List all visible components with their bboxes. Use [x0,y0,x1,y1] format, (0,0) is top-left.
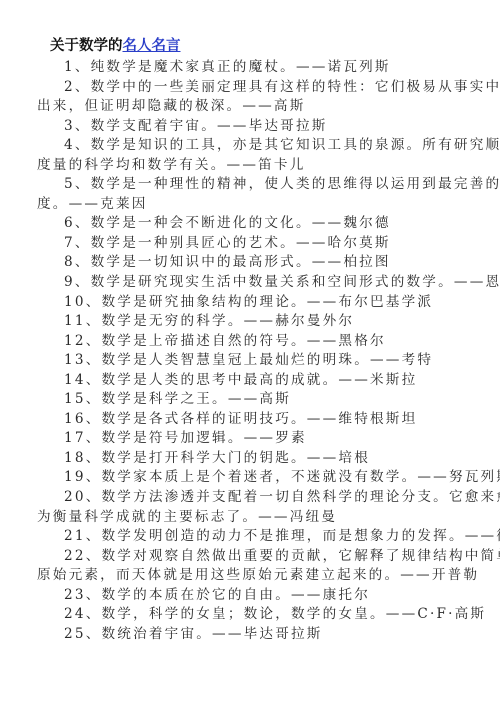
quote-item: 16、数学是各式各样的证明技巧。——维特根斯坦 [37,410,477,430]
quote-item: 25、数统治着宇宙。——毕达哥拉斯 [37,625,477,645]
quote-item: 12、数学是上帝描述自然的符号。——黑格尔 [37,332,477,352]
quote-item: 13、数学是人类智慧皇冠上最灿烂的明珠。——考特 [37,351,477,371]
quote-item: 21、数学发明创造的动力不是推理，而是想象力的发挥。——德摩 [37,527,477,547]
quote-item-continuation: 度量的科学均和数学有关。——笛卡儿 [37,156,477,176]
quote-item: 6、数学是一种会不断进化的文化。——魏尔德 [37,214,477,234]
title-prefix: 关于数学的 [50,37,123,54]
quote-item: 22、数学对观察自然做出重要的贡献，它解释了规律结构中简单的 [37,547,477,567]
quote-item: 17、数学是符号加逻辑。——罗素 [37,429,477,449]
quote-item: 19、数学家本质上是个着迷者，不迷就没有数学。——努瓦列斯 [37,468,477,488]
quote-item: 3、数学支配着宇宙。——毕达哥拉斯 [37,117,477,137]
quote-item: 20、数学方法渗透并支配着一切自然科学的理论分支。它愈来愈成 [37,488,477,508]
quote-item-continuation: 出来，但证明却隐藏的极深。——高斯 [37,97,477,117]
page-title: 关于数学的名人名言 [50,37,181,55]
famous-quotes-link[interactable]: 名人名言 [123,37,181,54]
document-page: 关于数学的名人名言 1、纯数学是魔术家真正的魔杖。——诺瓦列斯2、数学中的一些美… [0,0,500,707]
quote-item: 2、数学中的一些美丽定理具有这样的特性：它们极易从事实中归纳 [37,78,477,98]
quote-item: 11、数学是无穷的科学。——赫尔曼外尔 [37,312,477,332]
quote-item: 18、数学是打开科学大门的钥匙。——培根 [37,449,477,469]
quote-list: 1、纯数学是魔术家真正的魔杖。——诺瓦列斯2、数学中的一些美丽定理具有这样的特性… [37,58,477,644]
quote-item: 14、数学是人类的思考中最高的成就。——米斯拉 [37,371,477,391]
quote-item: 7、数学是一种别具匠心的艺术。——哈尔莫斯 [37,234,477,254]
quote-item: 4、数学是知识的工具，亦是其它知识工具的泉源。所有研究顺序和 [37,136,477,156]
quote-item-continuation: 度。——克莱因 [37,195,477,215]
quote-item-continuation: 为衡量科学成就的主要标志了。——冯纽曼 [37,508,477,528]
quote-item: 9、数学是研究现实生活中数量关系和空间形式的数学。——恩格斯 [37,273,477,293]
quote-item: 5、数学是一种理性的精神，使人类的思维得以运用到最完善的程 [37,175,477,195]
quote-item: 23、数学的本质在於它的自由。——康托尔 [37,586,477,606]
quote-item: 24、数学，科学的女皇；数论，数学的女皇。——C·F·高斯 [37,605,477,625]
quote-item: 8、数学是一切知识中的最高形式。——柏拉图 [37,253,477,273]
quote-item: 10、数学是研究抽象结构的理论。——布尔巴基学派 [37,293,477,313]
quote-item-continuation: 原始元素，而天体就是用这些原始元素建立起来的。——开普勒 [37,566,477,586]
quote-item: 15、数学是科学之王。——高斯 [37,390,477,410]
quote-item: 1、纯数学是魔术家真正的魔杖。——诺瓦列斯 [37,58,477,78]
